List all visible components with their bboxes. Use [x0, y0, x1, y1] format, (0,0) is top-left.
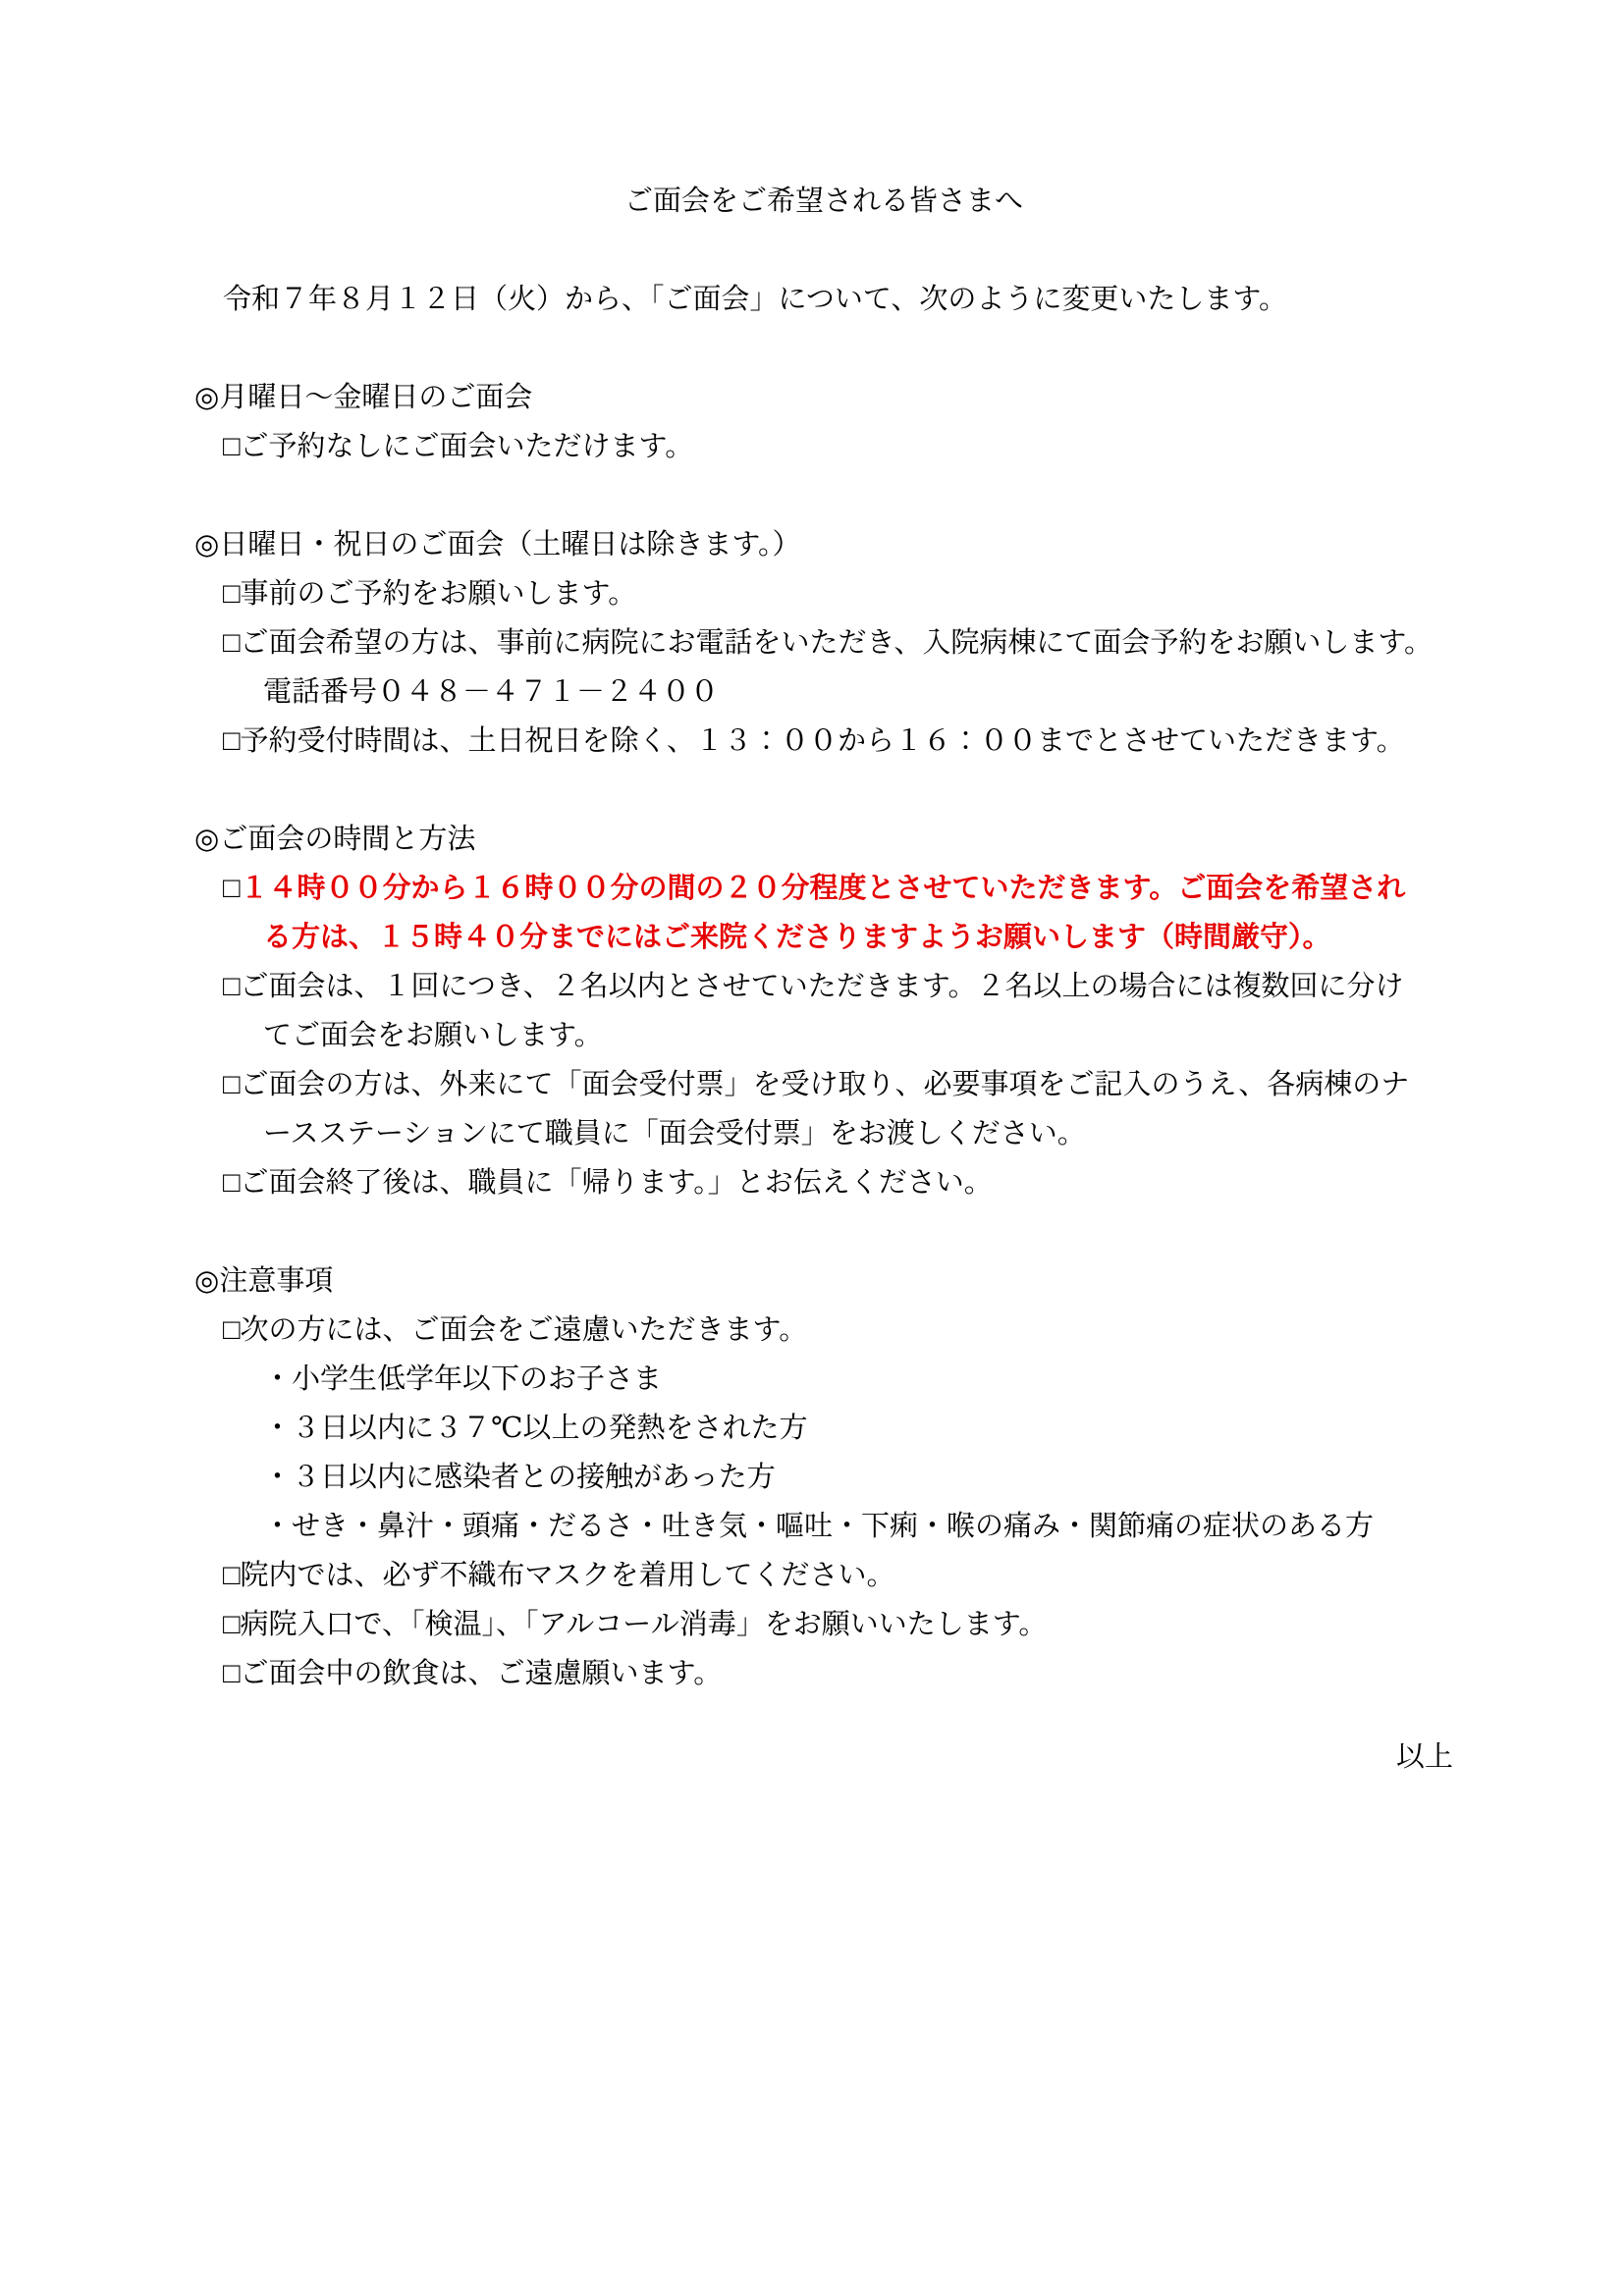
section-heading-text: 注意事項 — [219, 1265, 333, 1297]
list-item: □病院入口で、「検温」、「アルコール消毒」をお願いいたします。 — [194, 1600, 1453, 1649]
double-circle-icon: ◎ — [194, 382, 219, 413]
list-item: ・せき・鼻汁・頭痛・だるさ・吐き気・嘔吐・下痢・喉の痛み・関節痛の症状のある方 — [194, 1502, 1453, 1551]
bullet-icon: ・ — [263, 1462, 292, 1493]
section-items: □１４時００分から１６時００分の間の２０分程度とさせていただきます。ご面会を希望… — [194, 864, 1453, 1207]
list-item: □ご面会中の飲食は、ご遠慮願います。 — [194, 1649, 1453, 1698]
bullet-icon: ・ — [263, 1511, 292, 1542]
list-item: □次の方には、ご面会をご遠慮いただきます。 — [194, 1306, 1453, 1355]
document-section: ◎ご面会の時間と方法 □１４時００分から１６時００分の間の２０分程度とさせていた… — [194, 815, 1453, 1207]
document-page: ご面会をご希望される皆さまへ 令和７年８月１２日（火）から、「ご面会」について、… — [0, 0, 1624, 2296]
item-text: １４時００分から１６時００分の間の２０分程度とさせていただきます。ご面会を希望さ… — [241, 873, 1406, 953]
item-text: ３日以内に感染者との接触があった方 — [292, 1462, 776, 1493]
checkbox-icon: □ — [223, 971, 241, 1002]
item-text: 小学生低学年以下のお子さま — [292, 1363, 662, 1395]
checkbox-icon: □ — [223, 431, 241, 462]
list-item: ・小学生低学年以下のお子さま — [194, 1355, 1453, 1404]
item-text: ご面会終了後は、職員に「帰ります。」とお伝えください。 — [241, 1167, 993, 1199]
page-title: ご面会をご希望される皆さまへ — [194, 177, 1453, 226]
list-item: □ご面会は、１回につき、２名以内とさせていただきます。２名以上の場合には複数回に… — [194, 962, 1453, 1060]
checkbox-icon: □ — [223, 1167, 241, 1199]
checkbox-icon: □ — [223, 1609, 241, 1640]
list-item: 電話番号０４８－４７１－２４００ — [194, 667, 1453, 717]
checkbox-icon: □ — [223, 1069, 241, 1100]
intro-paragraph: 令和７年８月１２日（火）から、「ご面会」について、次のように変更いたします。 — [194, 275, 1453, 324]
checkbox-icon: □ — [223, 725, 241, 757]
list-item: □１４時００分から１６時００分の間の２０分程度とさせていただきます。ご面会を希望… — [194, 864, 1453, 962]
document-section: ◎注意事項 □次の方には、ご面会をご遠慮いただきます。 ・小学生低学年以下のお子… — [194, 1256, 1453, 1698]
list-item: □ご面会終了後は、職員に「帰ります。」とお伝えください。 — [194, 1158, 1453, 1207]
list-item: □事前のご予約をお願いします。 — [194, 569, 1453, 618]
section-items: □次の方には、ご面会をご遠慮いただきます。 ・小学生低学年以下のお子さま ・３日… — [194, 1306, 1453, 1698]
item-text: ご面会中の飲食は、ご遠慮願います。 — [241, 1658, 723, 1689]
list-item: ・３日以内に３７℃以上の発熱をされた方 — [194, 1404, 1453, 1453]
list-item: □ご予約なしにご面会いただけます。 — [194, 422, 1453, 471]
double-circle-icon: ◎ — [194, 824, 219, 855]
checkbox-icon: □ — [223, 1658, 241, 1689]
section-heading-text: 日曜日・祝日のご面会（土曜日は除きます。） — [219, 529, 800, 561]
item-text: 事前のご予約をお願いします。 — [241, 578, 637, 610]
section-heading: ◎日曜日・祝日のご面会（土曜日は除きます。） — [194, 520, 1453, 569]
bullet-icon: ・ — [263, 1363, 292, 1395]
item-text: ご面会の方は、外来にて「面会受付票」を受け取り、必要事項をご記入のうえ、各病棟の… — [241, 1069, 1410, 1149]
section-heading-text: 月曜日～金曜日のご面会 — [219, 382, 532, 413]
document-section: ◎日曜日・祝日のご面会（土曜日は除きます。） □事前のご予約をお願いします。 □… — [194, 520, 1453, 766]
double-circle-icon: ◎ — [194, 1265, 219, 1297]
section-items: □ご予約なしにご面会いただけます。 — [194, 422, 1453, 471]
item-text: せき・鼻汁・頭痛・だるさ・吐き気・嘔吐・下痢・喉の痛み・関節痛の症状のある方 — [292, 1511, 1374, 1542]
section-heading: ◎注意事項 — [194, 1256, 1453, 1306]
item-text: 予約受付時間は、土日祝日を除く、１３：００から１６：００までとさせていただきます… — [241, 725, 1405, 757]
item-text: ご面会は、１回につき、２名以内とさせていただきます。２名以上の場合には複数回に分… — [241, 971, 1404, 1051]
checkbox-icon: □ — [223, 1314, 241, 1346]
document-section: ◎月曜日～金曜日のご面会 □ご予約なしにご面会いただけます。 — [194, 373, 1453, 471]
item-text: 病院入口で、「検温」、「アルコール消毒」をお願いいたします。 — [241, 1609, 1048, 1640]
section-heading: ◎月曜日～金曜日のご面会 — [194, 373, 1453, 422]
closing-text: 以上 — [194, 1733, 1453, 1782]
checkbox-icon: □ — [223, 873, 241, 904]
item-text: ３日以内に３７℃以上の発熱をされた方 — [292, 1413, 807, 1444]
item-text: ご面会希望の方は、事前に病院にお電話をいただき、入院病棟にて面会予約をお願いしま… — [241, 627, 1434, 659]
bullet-icon: ・ — [263, 1413, 292, 1444]
checkbox-icon: □ — [223, 627, 241, 659]
checkbox-icon: □ — [223, 578, 241, 610]
list-item: □院内では、必ず不織布マスクを着用してください。 — [194, 1551, 1453, 1600]
item-text: 次の方には、ご面会をご遠慮いただきます。 — [241, 1314, 808, 1346]
item-text: 電話番号０４８－４７１－２４００ — [263, 676, 719, 708]
double-circle-icon: ◎ — [194, 529, 219, 561]
sections-container: ◎月曜日～金曜日のご面会 □ご予約なしにご面会いただけます。 ◎日曜日・祝日のご… — [194, 373, 1453, 1698]
section-heading-text: ご面会の時間と方法 — [219, 824, 475, 855]
list-item: □予約受付時間は、土日祝日を除く、１３：００から１６：００までとさせていただきま… — [194, 717, 1453, 766]
list-item: □ご面会希望の方は、事前に病院にお電話をいただき、入院病棟にて面会予約をお願いし… — [194, 618, 1453, 667]
list-item: ・３日以内に感染者との接触があった方 — [194, 1453, 1453, 1502]
checkbox-icon: □ — [223, 1560, 241, 1591]
item-text: 院内では、必ず不織布マスクを着用してください。 — [241, 1560, 895, 1591]
list-item: □ご面会の方は、外来にて「面会受付票」を受け取り、必要事項をご記入のうえ、各病棟… — [194, 1060, 1453, 1158]
item-text: ご予約なしにご面会いただけます。 — [241, 431, 694, 462]
section-heading: ◎ご面会の時間と方法 — [194, 815, 1453, 864]
section-items: □事前のご予約をお願いします。 □ご面会希望の方は、事前に病院にお電話をいただき… — [194, 569, 1453, 766]
